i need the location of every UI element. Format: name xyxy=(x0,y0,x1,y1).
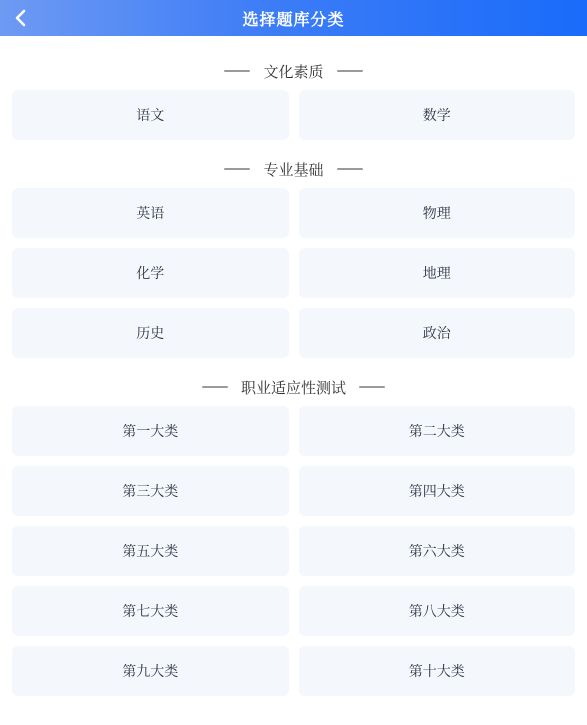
category-card-chemistry[interactable]: 化学 xyxy=(12,248,289,298)
dash-right-icon xyxy=(337,168,363,170)
category-card-geography[interactable]: 地理 xyxy=(299,248,576,298)
category-grid-aptitude: 第一大类 第二大类 第三大类 第四大类 第五大类 第六大类 第七大类 第八大类 … xyxy=(12,406,575,696)
category-card-major-6[interactable]: 第六大类 xyxy=(299,526,576,576)
category-card-major-4[interactable]: 第四大类 xyxy=(299,466,576,516)
section-title-label: 文化素质 xyxy=(263,61,323,82)
navbar: 选择题库分类 xyxy=(0,0,587,36)
page-title: 选择题库分类 xyxy=(242,7,344,30)
category-list: 文化素质 语文 数学 专业基础 英语 物理 化学 地理 历史 政治 职业适应性测… xyxy=(0,63,587,696)
category-card-major-10[interactable]: 第十大类 xyxy=(299,646,576,696)
dash-left-icon xyxy=(202,386,228,388)
category-grid-culture: 语文 数学 xyxy=(12,90,575,140)
dash-right-icon xyxy=(359,386,385,388)
category-card-major-8[interactable]: 第八大类 xyxy=(299,586,576,636)
dash-left-icon xyxy=(224,168,250,170)
category-grid-professional: 英语 物理 化学 地理 历史 政治 xyxy=(12,188,575,358)
category-card-history[interactable]: 历史 xyxy=(12,308,289,358)
category-card-major-7[interactable]: 第七大类 xyxy=(12,586,289,636)
category-card-english[interactable]: 英语 xyxy=(12,188,289,238)
category-card-major-9[interactable]: 第九大类 xyxy=(12,646,289,696)
dash-left-icon xyxy=(224,70,250,72)
section-title-aptitude: 职业适应性测试 xyxy=(12,379,575,395)
category-card-chinese[interactable]: 语文 xyxy=(12,90,289,140)
dash-right-icon xyxy=(337,70,363,72)
back-button[interactable] xyxy=(14,0,44,36)
category-card-major-2[interactable]: 第二大类 xyxy=(299,406,576,456)
section-title-culture: 文化素质 xyxy=(12,63,575,79)
category-card-major-3[interactable]: 第三大类 xyxy=(12,466,289,516)
category-card-major-5[interactable]: 第五大类 xyxy=(12,526,289,576)
category-card-math[interactable]: 数学 xyxy=(299,90,576,140)
section-title-professional: 专业基础 xyxy=(12,161,575,177)
category-card-politics[interactable]: 政治 xyxy=(299,308,576,358)
category-card-physics[interactable]: 物理 xyxy=(299,188,576,238)
chevron-left-icon xyxy=(14,9,28,27)
section-title-label: 专业基础 xyxy=(263,159,323,180)
section-title-label: 职业适应性测试 xyxy=(241,377,346,398)
category-card-major-1[interactable]: 第一大类 xyxy=(12,406,289,456)
